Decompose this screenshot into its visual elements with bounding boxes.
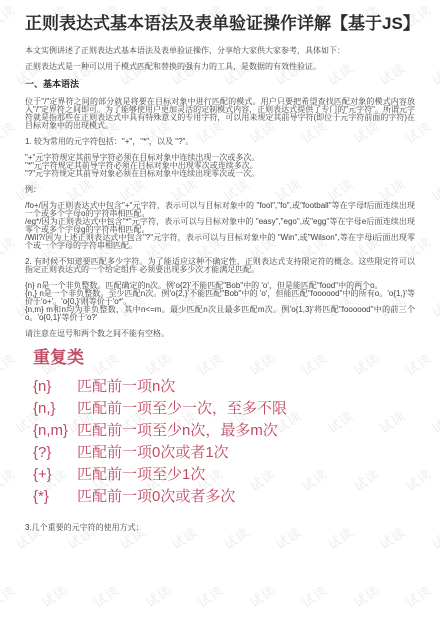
quantifier-rule: {n,m} m和n均为非负整数，其中n<=m。最少匹配n次且最多匹配m次。例'o… <box>25 306 415 322</box>
table-row: {*}匹配前一项0次或者多次 <box>33 486 415 508</box>
quantifier-description: 匹配前一项至少一次，至多不限 <box>77 400 287 417</box>
quantifier-symbol: {n} <box>33 376 77 398</box>
quantifier-symbol: {n,m} <box>33 420 77 442</box>
example-line: /Wil?/因为上述正则表达式中包含"?"元字符，表示可以与目标对象中的 "Wi… <box>25 234 415 250</box>
quantifier-intro-paragraph: 2. 有时候不知道要匹配多少字符。为了能适应这种不确定性，正则表达式支持限定符的… <box>25 258 415 274</box>
section3-heading: 3.几个重要的元字符的使用方式： <box>25 524 415 532</box>
quantifier-symbol: {n,} <box>33 398 77 420</box>
repeat-class-title: 重复类 <box>33 348 415 368</box>
syntax-paragraph: 位于"/"定界符之间的部分就是将要在目标对象中进行匹配的模式。用户只要把希望查找… <box>25 98 415 130</box>
table-row: {n,m}匹配前一项至少n次，最多m次 <box>33 420 415 442</box>
meta-rules-block: "+"元字符规定其前导字符必须在目标对象中连续出现一次或多次。 "*"元字符规定… <box>25 154 415 178</box>
table-row: {n}匹配前一项n次 <box>33 376 415 398</box>
example-line: /fo+/因为正则表达式中包含"+"元字符，表示可以与目标对象中的 "fool"… <box>25 202 415 218</box>
quantifier-symbol: {*} <box>33 486 77 508</box>
table-row: {+}匹配前一项至少1次 <box>33 464 415 486</box>
quantifier-symbol: {+} <box>33 464 77 486</box>
intro-paragraph-2: 正则表达式是一种可以用于模式匹配和替换的强有力的工具，是数据的有效性验证。 <box>25 63 415 71</box>
example-line: /eg*/因为正则表达式中包含"*"元字符，表示可以与目标对象中的 "easy"… <box>25 218 415 234</box>
table-row: {n,}匹配前一项至少一次，至多不限 <box>33 398 415 420</box>
quantifier-description: 匹配前一项至少n次，最多m次 <box>77 422 278 439</box>
meta-intro-paragraph: 1. 较为常用的元字符包括："+"，"*"，以及 "?"。 <box>25 138 415 146</box>
meta-rule: "?"元字符规定其前导对象必须在目标对象中连续出现零次或一次。 <box>25 170 415 178</box>
document-page: 正则表达式基本语法及表单验证操作详解【基于JS】 本文实例讲述了正则表达式基本语… <box>0 0 440 620</box>
table-row: {?}匹配前一项0次或者1次 <box>33 442 415 464</box>
quantifier-symbol: {?} <box>33 442 77 464</box>
quantifier-description: 匹配前一项n次 <box>77 378 175 395</box>
quantifier-description: 匹配前一项至少1次 <box>77 466 205 483</box>
section-heading-basic-syntax: 一、基本语法 <box>25 79 415 89</box>
intro-paragraph-1: 本文实例讲述了正则表达式基本语法及表单验证操作，分享给大家供大家参考，具体如下： <box>25 47 415 55</box>
quantifier-rules-block: {n} n是一个非负整数。匹配确定的n次。例'o{2}'不能匹配"Bob"中的 … <box>25 282 415 322</box>
quantifier-description: 匹配前一项0次或者多次 <box>77 488 235 505</box>
repeat-class-table: 重复类 {n}匹配前一项n次 {n,}匹配前一项至少一次，至多不限 {n,m}匹… <box>33 348 415 508</box>
quantifier-description: 匹配前一项0次或者1次 <box>77 444 229 461</box>
quantifier-rule: {n,} n是一个非负整数。至少匹配n次。例'o{2,}'不能匹配"Bob"中的… <box>25 290 415 306</box>
note-paragraph: 请注意在逗号和两个数之间不能有空格。 <box>25 330 415 338</box>
page-title: 正则表达式基本语法及表单验证操作详解【基于JS】 <box>25 13 415 34</box>
examples-block: /fo+/因为正则表达式中包含"+"元字符，表示可以与目标对象中的 "fool"… <box>25 202 415 250</box>
example-label: 例： <box>25 186 415 194</box>
